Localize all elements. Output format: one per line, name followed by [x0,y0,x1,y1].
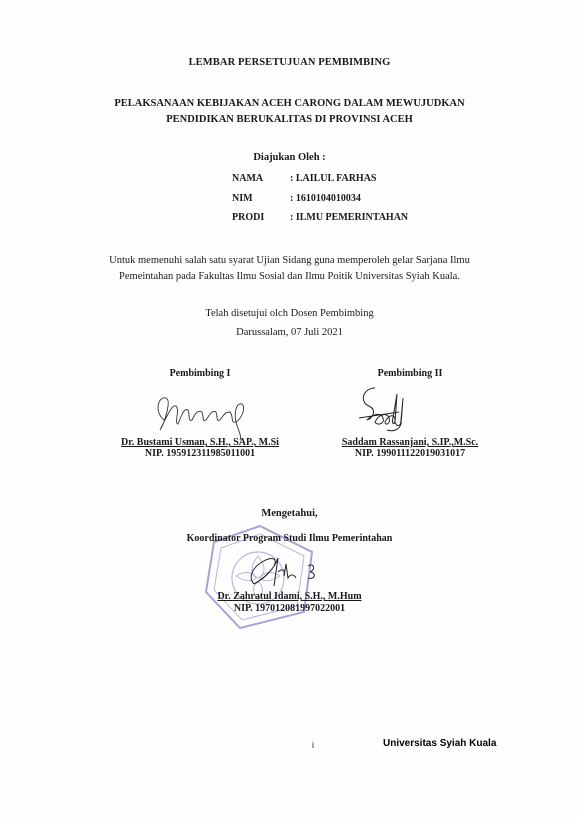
place-date: Darussalam, 07 Juli 2021 [0,327,579,338]
name-label: NAMA [232,173,290,184]
document-page: LEMBAR PERSETUJUAN PEMBIMBING PELAKSANAA… [0,0,579,819]
acknowledged-label: Mengetahui, [0,508,579,519]
coordinator-nip: NIP. 197012081997022001 [0,603,579,614]
nim-value: : 1610104010034 [290,193,361,204]
signature-2-icon [355,384,415,436]
purpose-line-1: Untuk memenuhi salah satu syarat Ujian S… [0,253,579,269]
purpose-line-2: Pemeintahan pada Fakultas Ilmu Sosial da… [0,269,579,285]
supervisor-1-role: Pembimbing I [85,368,315,379]
thesis-title-line-2: PENDIDIKAN BERUKALITAS DI PROVINSI ACEH [0,114,579,125]
prodi-value: : ILMU PEMERINTAHAN [290,212,408,223]
signature-1-icon [150,390,260,440]
page-number: i [312,740,314,750]
student-nim-row: NIM: 1610104010034 [232,193,361,204]
coordinator-role: Koordinator Program Studi Ilmu Pemerinta… [0,533,579,544]
coordinator-name: Dr. Zahratul Idami, S.H., M.Hum [0,591,579,602]
supervisor-2-nip: NIP. 199011122019031017 [310,448,510,459]
supervisor-2-name: Saddam Rassanjani, S.IP.,M.Sc. [310,437,510,448]
signature-3-icon [244,548,324,590]
name-value: : LAILUL FARHAS [290,173,377,184]
supervisor-1-nip: NIP. 195912311985011001 [85,448,315,459]
thesis-title-line-1: PELAKSANAAN KEBIJAKAN ACEH CARONG DALAM … [0,98,579,109]
student-prodi-row: PRODI: ILMU PEMERINTAHAN [232,212,408,223]
approval-statement: Telah disetujui olch Dosen Pembimbing [0,308,579,319]
purpose-statement: Untuk memenuhi salah satu syarat Ujian S… [0,253,579,285]
document-title: LEMBAR PERSETUJUAN PEMBIMBING [0,57,579,68]
supervisor-2-role: Pembimbing II [310,368,510,379]
submitted-by-label: Diajukan Oleh : [0,152,579,163]
footer-institution: Universitas Syiah Kuala [383,738,496,749]
prodi-label: PRODI [232,212,290,223]
nim-label: NIM [232,193,290,204]
student-name-row: NAMA: LAILUL FARHAS [232,173,377,184]
supervisor-1-name: Dr. Bustami Usman, S.H., SAP., M.Si [85,437,315,448]
